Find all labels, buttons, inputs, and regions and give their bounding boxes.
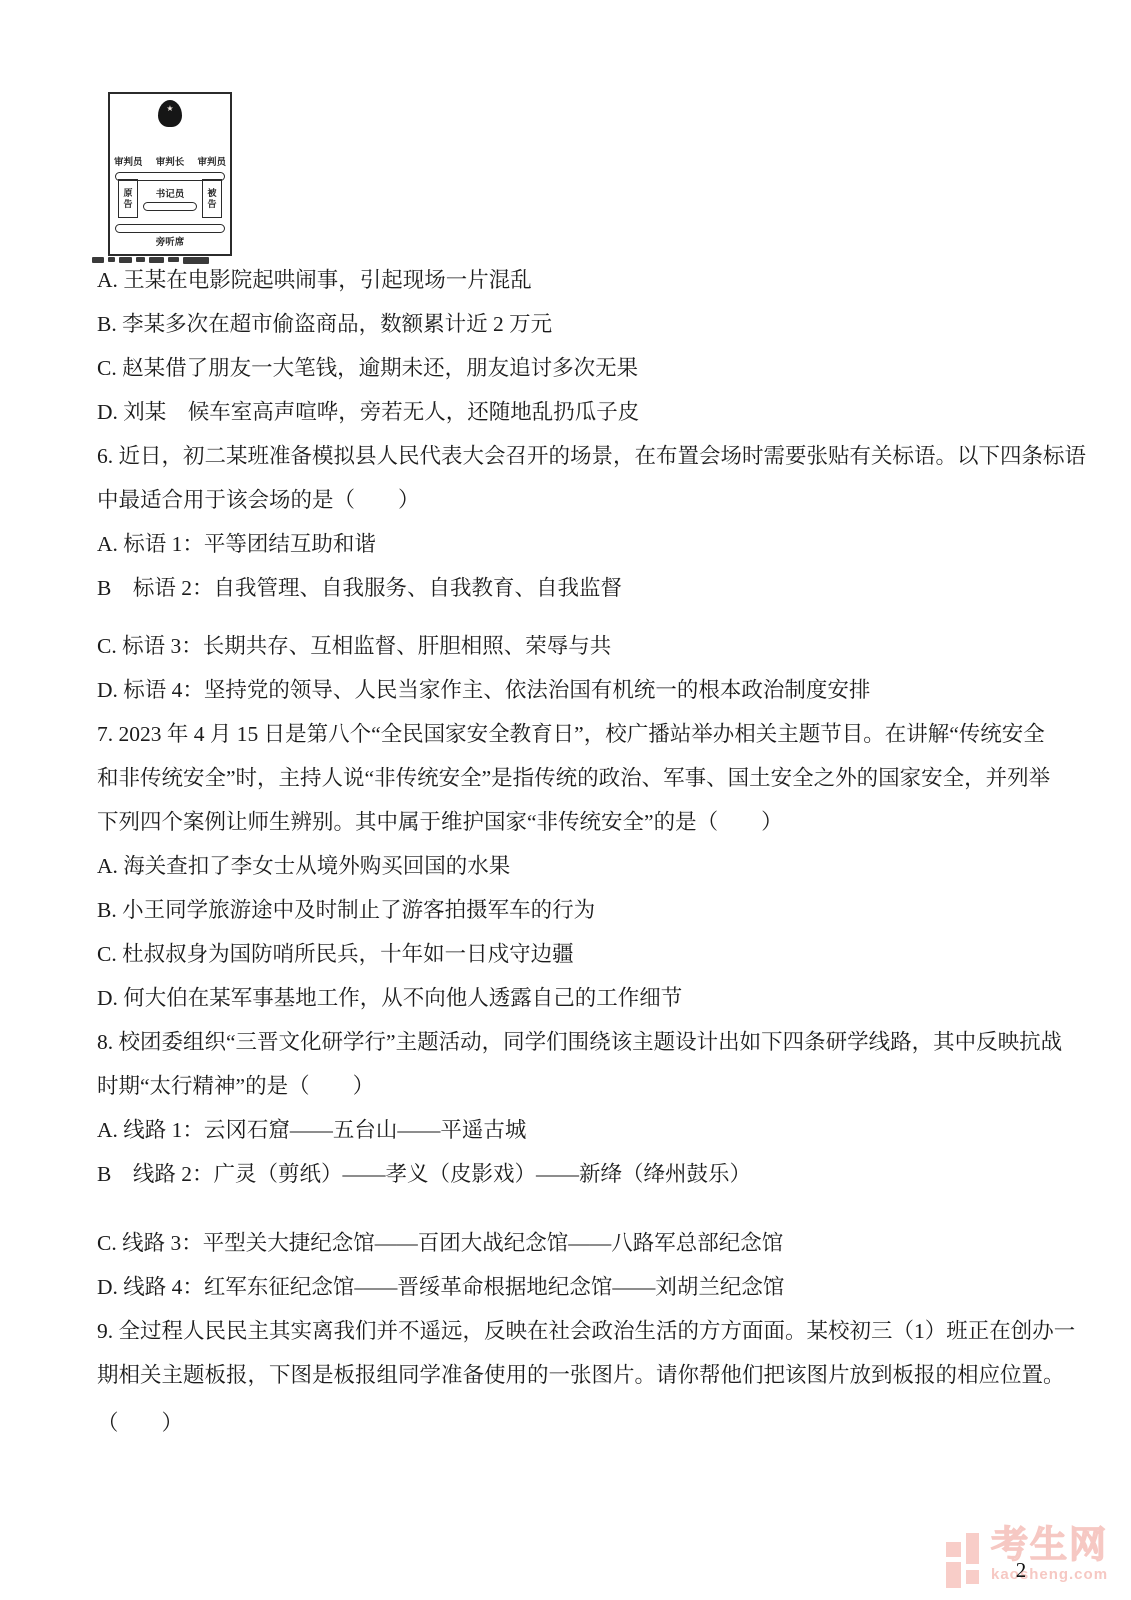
logo-block [946, 1562, 961, 1588]
logo-block [966, 1570, 979, 1584]
q8-option-a: A. 线路 1：云冈石窟——五台山——平遥古城 [97, 1108, 1045, 1152]
star-icon: ★ [166, 105, 173, 113]
q8-option-c: C. 线路 3：平型关大捷纪念馆——百团大战纪念馆——八路军总部纪念馆 [97, 1221, 1045, 1265]
defendant-label: 被告 [206, 188, 219, 210]
national-emblem-icon: ★ [158, 100, 182, 127]
question-text-column: A. 王某在电影院起哄闹事，引起现场一片混乱 B. 李某多次在超市偷盗商品，数额… [97, 258, 1045, 1445]
q7-stem-line2: 和非传统安全”时，主持人说“非传统安全”是指传统的政治、军事、国土安全之外的国家… [97, 756, 1045, 800]
logo-block [946, 1542, 961, 1557]
q8-stem-line1: 8. 校团委组织“三晋文化研学行”主题活动，同学们围绕该主题设计出如下四条研学线… [97, 1020, 1045, 1064]
q8-option-b: B 线路 2：广灵（剪纸）——孝义（皮影戏）——新绛（绛州鼓乐） [97, 1152, 1045, 1196]
q8-option-d: D. 线路 4：红军东征纪念馆——晋绥革命根据地纪念馆——刘胡兰纪念馆 [97, 1265, 1045, 1309]
gallery-label: 旁听席 [110, 234, 230, 248]
q9-stem-line2: 期相关主题板报，下图是板报组同学准备使用的一张图片。请你帮他们把该图片放到板报的… [97, 1353, 1045, 1397]
q9-stem-line1: 9. 全过程人民民主其实离我们并不遥远，反映在社会政治生活的方方面面。某校初三（… [97, 1309, 1045, 1353]
plaintiff-box: 原告 [118, 179, 138, 218]
kaosheng-logo [946, 1533, 982, 1595]
q7-option-a: A. 海关查扣了李女士从境外购买回国的水果 [97, 844, 1045, 888]
defendant-box: 被告 [202, 179, 222, 218]
q6-stem-line1: 6. 近日，初二某班准备模拟县人民代表大会召开的场景，在布置会场时需要张贴有关标… [97, 434, 1045, 478]
q9-stem-line3: （ ） [97, 1401, 1045, 1445]
q5-option-a: A. 王某在电影院起哄闹事，引起现场一片混乱 [97, 258, 1045, 302]
q5-option-b: B. 李某多次在超市偷盗商品，数额累计近 2 万元 [97, 302, 1045, 346]
q6-option-c: C. 标语 3：长期共存、互相监督、肝胆相照、荣辱与共 [97, 624, 1045, 668]
q6-option-b: B 标语 2：自我管理、自我服务、自我教育、自我监督 [97, 566, 1045, 610]
presiding-judge-label: 审判长 [156, 154, 185, 168]
logo-block [966, 1533, 979, 1564]
gallery-bench [115, 224, 225, 233]
judges-row: 审判员 审判长 审判员 [114, 154, 226, 168]
judge-left-label: 审判员 [114, 154, 143, 168]
q7-stem-line1: 7. 2023 年 4 月 15 日是第八个“全民国家安全教育日”，校广播站举办… [97, 712, 1045, 756]
q7-option-d: D. 何大伯在某军事基地工作，从不向他人透露自己的工作细节 [97, 976, 1045, 1020]
q7-option-b: B. 小王同学旅游途中及时制止了游客拍摄军车的行为 [97, 888, 1045, 932]
page-number: 2 [1004, 1558, 1038, 1583]
judge-right-label: 审判员 [197, 154, 226, 168]
q7-stem-line3: 下列四个案例让师生辨别。其中属于维护国家“非传统安全”的是（ ） [97, 800, 1045, 844]
plaintiff-label: 原告 [122, 188, 135, 210]
q6-option-a: A. 标语 1：平等团结互助和谐 [97, 522, 1045, 566]
q8-stem-line2: 时期“太行精神”的是（ ） [97, 1064, 1045, 1108]
exam-paper-page: ★ 审判员 审判长 审判员 书记员 原告 被告 旁听席 A. 王某在电影院起哄闹… [0, 0, 1131, 1600]
q6-stem-line2: 中最适合用于该会场的是（ ） [97, 478, 1045, 522]
courtroom-diagram: ★ 审判员 审判长 审判员 书记员 原告 被告 旁听席 [108, 92, 232, 256]
q5-option-d: D. 刘某 候车室高声喧哗，旁若无人，还随地乱扔瓜子皮 [97, 390, 1045, 434]
q7-option-c: C. 杜叔叔身为国防哨所民兵，十年如一日戍守边疆 [97, 932, 1045, 976]
q5-option-c: C. 赵某借了朋友一大笔钱，逾期未还，朋友追讨多次无果 [97, 346, 1045, 390]
q6-option-d: D. 标语 4：坚持党的领导、人民当家作主、依法治国有机统一的根本政治制度安排 [97, 668, 1045, 712]
clerk-bench [143, 202, 197, 211]
